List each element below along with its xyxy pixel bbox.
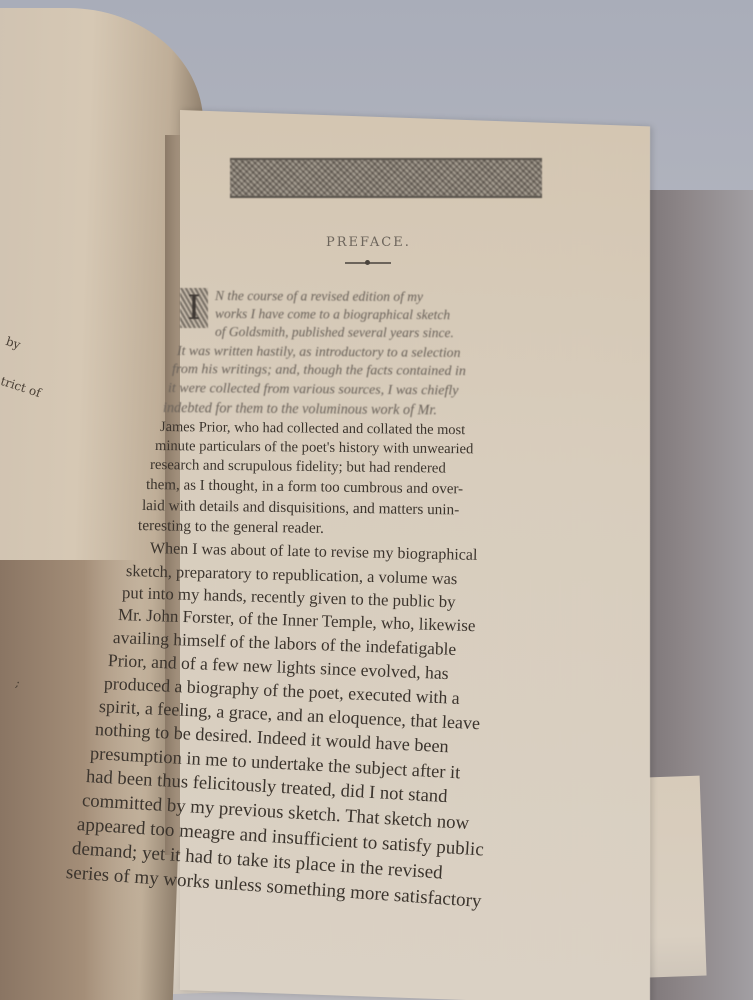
text-line: minute particulars of the poet's history… [155,438,474,458]
text-line: research and scrupulous fidelity; but ha… [150,457,446,478]
headpiece-ornament-icon [230,158,542,198]
text-line: of Goldsmith, published several years si… [215,324,454,341]
title-rule-ornament-icon [345,262,391,264]
text-line: works I have come to a biographical sket… [215,306,450,323]
drop-cap: I [180,288,208,328]
text-line: James Prior, who had collected and colla… [160,419,465,439]
text-line: teresting to the general reader. [138,517,324,538]
text-line: It was written hastily, as introductory … [177,343,461,361]
text-line: it were collected from various sources, … [168,381,459,400]
page-title: PREFACE. [326,235,411,250]
text-line: N the course of a revised edition of my [215,288,423,305]
text-line: from his writings; and, though the facts… [172,362,466,380]
text-line: indebted for them to the voluminous work… [163,400,437,419]
